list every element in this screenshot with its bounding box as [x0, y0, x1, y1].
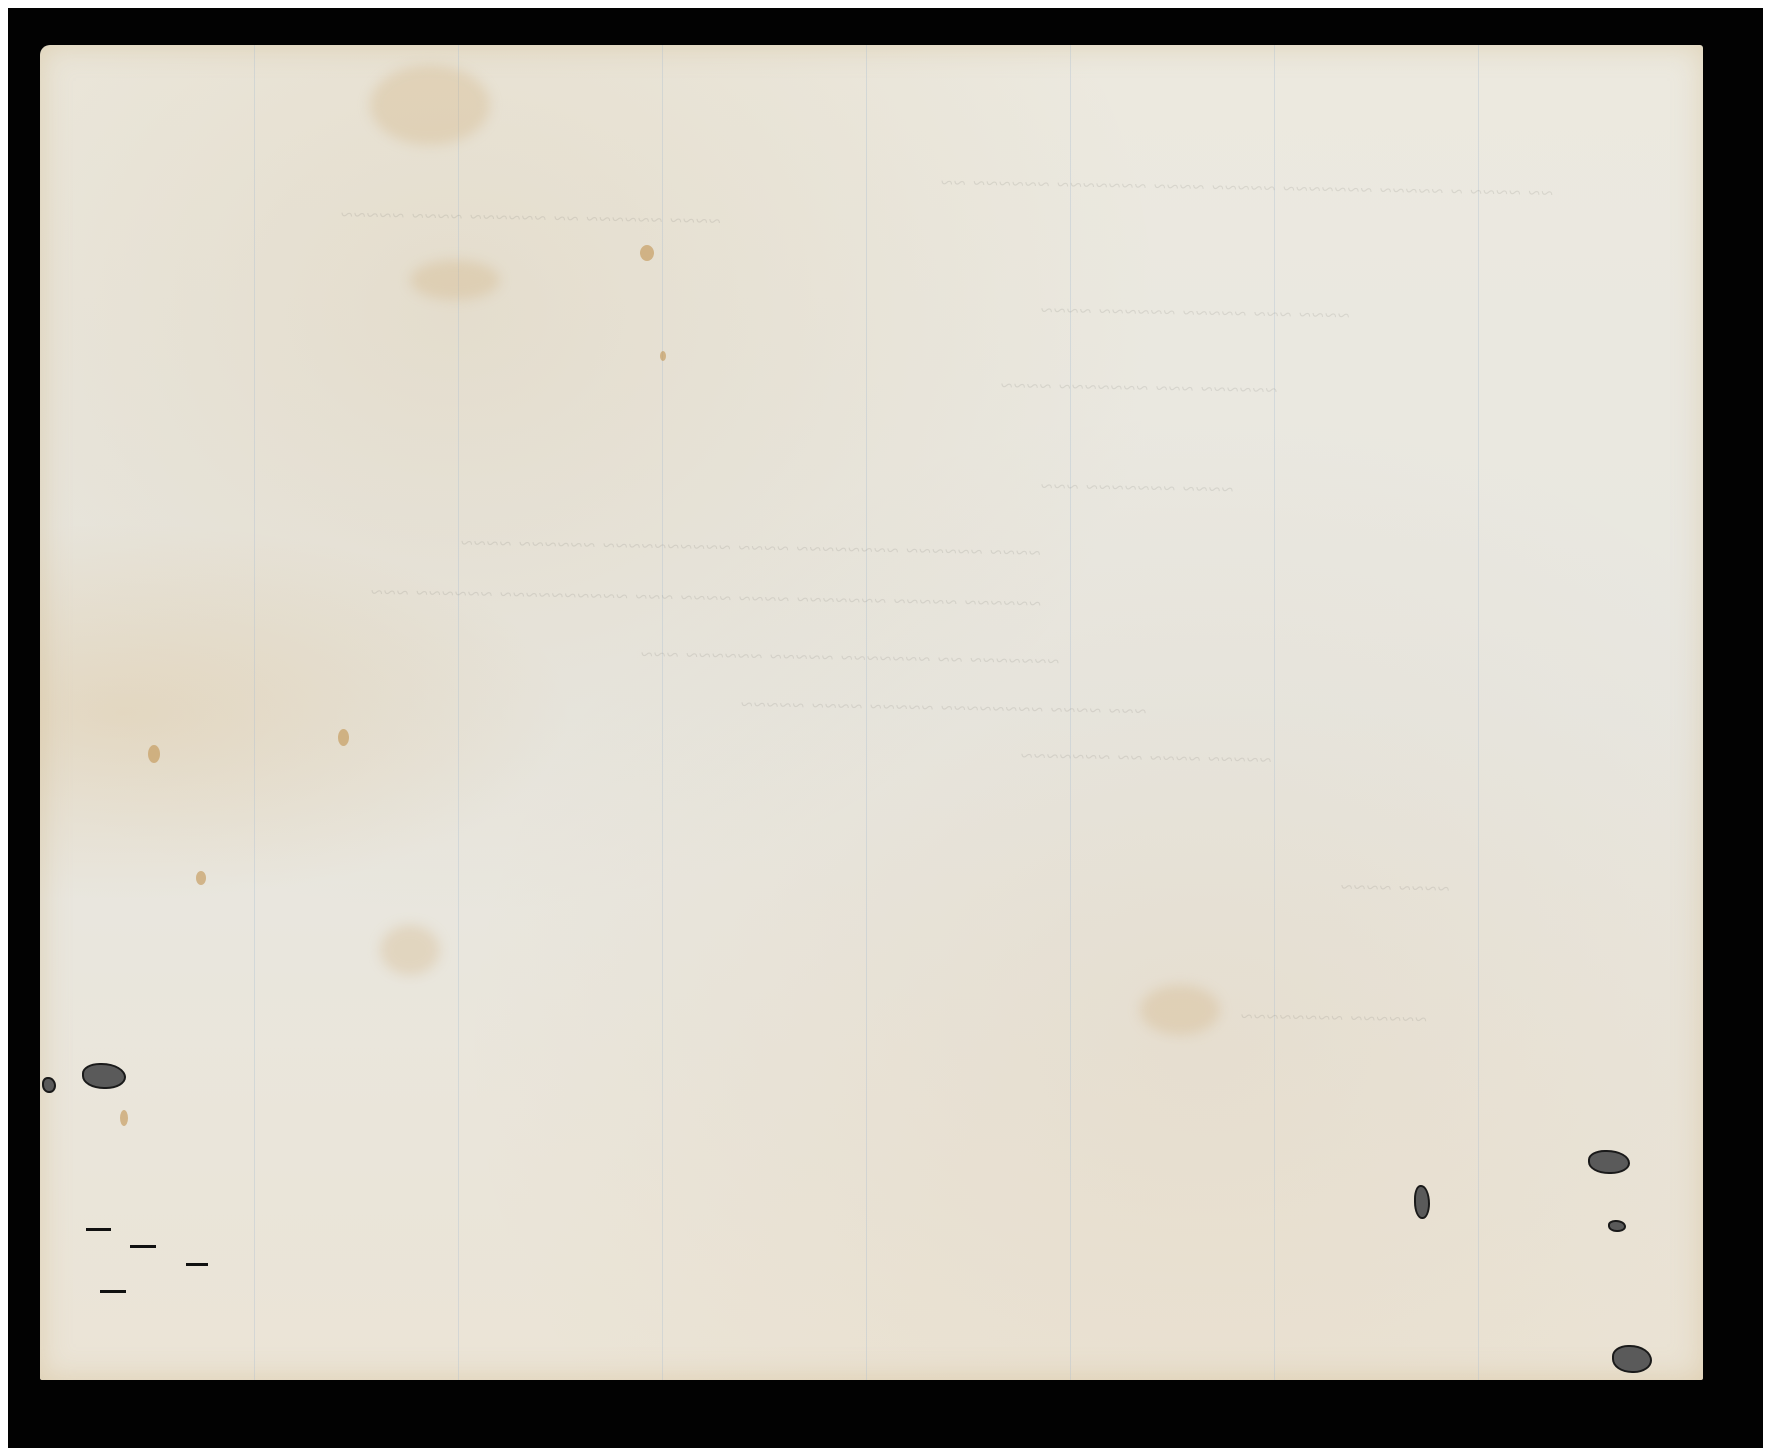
ruled-line — [1274, 45, 1275, 1380]
foxing-stain — [380, 925, 440, 975]
paper-sheet: ~~ ~~~~ ~ ~~~~~ ~~~~~~~ ~~~~~ ~~~~ ~~~~~… — [40, 45, 1703, 1380]
bleed-through-text: ~~~~~~~ ~~ ~~~~~~~ ~~~~~ ~~~~~~ ~~~ — [640, 641, 1060, 674]
ink-blot — [1612, 1345, 1652, 1373]
foxing-stain — [1140, 985, 1220, 1035]
bleed-through-text: ~~~~~~ ~~~~~ ~~~~~~~ ~~~~ ~~~~ ~~~ ~~~~~… — [370, 579, 1042, 617]
foxing-stain — [410, 260, 500, 300]
bleed-through-text: ~~~~~~ ~~~~~~~~ — [1240, 1003, 1428, 1032]
foxing-spot — [338, 729, 349, 746]
bleed-through-text: ~~ ~~~~ ~ ~~~~~ ~~~~~~~ ~~~~~ ~~~~ ~~~~~… — [940, 170, 1554, 207]
ink-blot — [1588, 1150, 1630, 1174]
bleed-through-text: ~~~~ ~~~~ — [1340, 874, 1450, 902]
ink-blot — [1608, 1220, 1626, 1232]
ruled-line — [1478, 45, 1479, 1380]
foxing-stain — [370, 65, 490, 145]
ink-blot — [42, 1077, 56, 1093]
ruled-line — [662, 45, 663, 1380]
bleed-through-text: ~~~~~ ~~~~ ~~ ~~~~~~~ — [1020, 743, 1272, 773]
edge-mark — [86, 1228, 111, 1231]
edge-mark — [186, 1263, 208, 1266]
ruled-line — [254, 45, 255, 1380]
ruled-line — [458, 45, 459, 1380]
ink-blot — [82, 1063, 126, 1089]
bleed-through-text: ~~~~ ~~~~~~~ ~~~ — [1040, 473, 1234, 502]
bleed-through-text: ~~~~ ~~~~~~ ~~ ~~~~~~ ~~~~ ~~~~~ — [340, 202, 721, 235]
ink-blot — [1414, 1185, 1430, 1219]
edge-mark — [100, 1290, 126, 1293]
foxing-spot — [148, 745, 160, 763]
bleed-through-text: ~~~ ~~~~ ~~~~~~~~ ~~~~~ ~~~~ ~~~~~ — [740, 691, 1147, 724]
foxing-spot — [640, 245, 654, 261]
bleed-through-text: ~~~~~~ ~~~ ~~~~~~~ ~~~~ — [1000, 373, 1278, 404]
foxing-spot — [196, 871, 206, 885]
bleed-through-text: ~~~~ ~~~~~~ ~~~~~~~~ ~~~~ ~~~~~~~~~~ ~~~… — [460, 530, 1041, 566]
foxing-spot — [660, 351, 666, 361]
bleed-through-text: ~~~~ ~~~ ~~~~~ ~~~~~~ ~~~~ — [1040, 297, 1350, 328]
edge-mark — [130, 1245, 156, 1248]
foxing-spot — [120, 1110, 128, 1126]
